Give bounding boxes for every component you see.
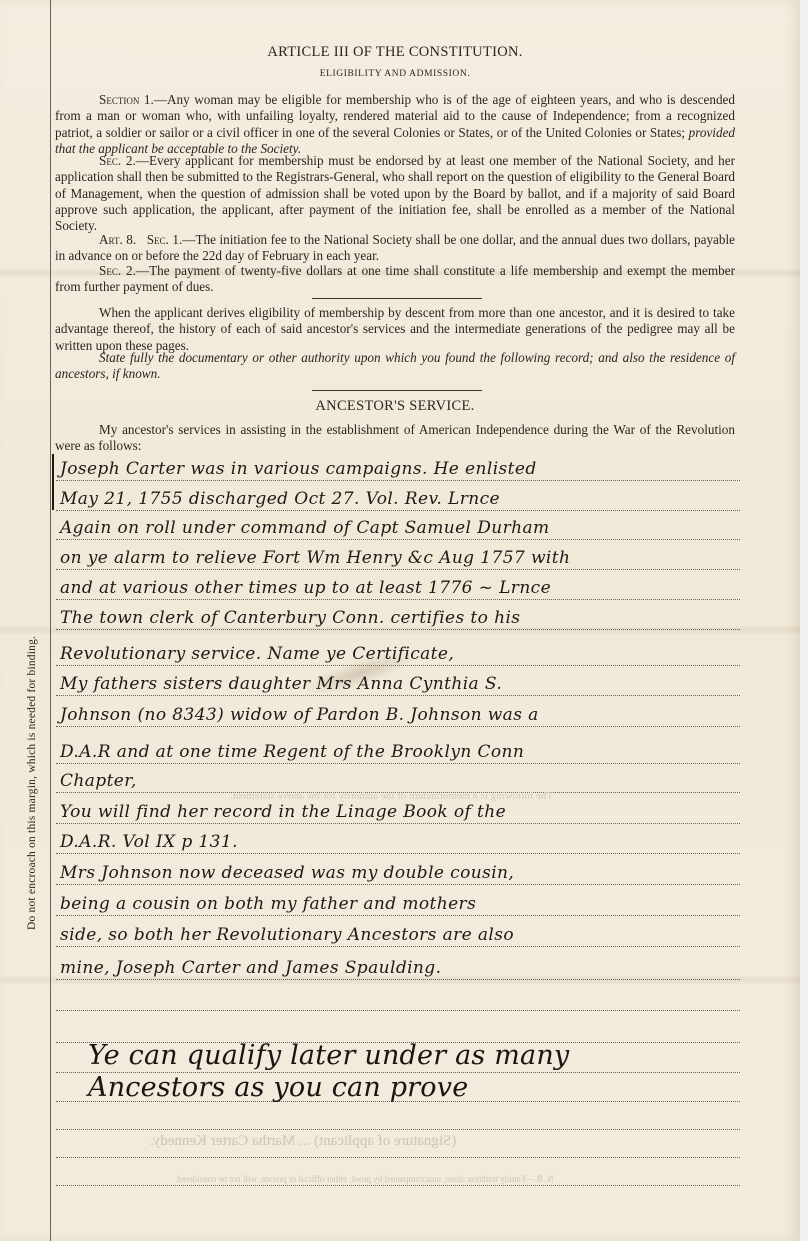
handwritten-line: Again on roll under command of Capt Samu… bbox=[60, 518, 780, 538]
ruled-line bbox=[56, 480, 740, 481]
descent-note-text: When the applicant derives eligibility o… bbox=[55, 305, 735, 353]
handwritten-line: May 21, 1755 discharged Oct 27. Vol. Rev… bbox=[60, 489, 780, 509]
section-2-paragraph: Sec. 2.—Every applicant for membership m… bbox=[55, 153, 735, 234]
handwritten-line: being a cousin on both my father and mot… bbox=[60, 894, 780, 914]
ruled-line bbox=[56, 1129, 740, 1130]
handwritten-line: My fathers sisters daughter Mrs Anna Cyn… bbox=[60, 674, 780, 694]
article-8-section-1-label: Sec. 1. bbox=[147, 232, 183, 247]
binding-margin-note: Do not encroach on this margin, which is… bbox=[26, 636, 38, 930]
ruled-line bbox=[56, 1185, 740, 1186]
article-8-section-1-paragraph: Art. 8. Sec. 1.—The initiation fee to th… bbox=[55, 232, 735, 265]
handwritten-line: The town clerk of Canterbury Conn. certi… bbox=[60, 608, 780, 628]
binding-margin-rule bbox=[50, 0, 51, 1241]
handwritten-line: mine, Joseph Carter and James Spaulding. bbox=[60, 958, 780, 978]
authority-note-text: State fully the documentary or other aut… bbox=[55, 350, 735, 381]
article-8-section-2-label: Sec. 2. bbox=[99, 263, 136, 278]
ruled-line bbox=[56, 1157, 740, 1158]
handwritten-line: and at various other times up to at leas… bbox=[60, 578, 780, 598]
bleedthrough-memo: The following is a memorandum of the aut… bbox=[230, 790, 553, 802]
ruled-line bbox=[56, 853, 740, 854]
section-1-text: —Any woman may be eligible for membershi… bbox=[55, 92, 735, 140]
ruled-line bbox=[56, 665, 740, 666]
article-8-label: Art. 8. bbox=[99, 232, 136, 247]
ruled-line bbox=[56, 915, 740, 916]
ruled-line bbox=[56, 763, 740, 764]
ruled-line bbox=[56, 823, 740, 824]
page-subtitle: ELIGIBILITY AND ADMISSION. bbox=[55, 69, 735, 79]
handwritten-line: D.A.R and at one time Regent of the Broo… bbox=[60, 742, 780, 762]
handwritten-line: You will find her record in the Linage B… bbox=[60, 802, 780, 822]
document-page: Do not encroach on this margin, which is… bbox=[0, 0, 800, 1241]
page-title: ARTICLE III OF THE CONSTITUTION. bbox=[55, 44, 735, 61]
section-2-label: Sec. 2. bbox=[99, 153, 136, 168]
handwritten-note-line: Ancestors as you can prove bbox=[88, 1072, 808, 1103]
ruled-line bbox=[56, 979, 740, 980]
handwritten-note-line: Ye can qualify later under as many bbox=[88, 1040, 808, 1071]
ruled-line bbox=[56, 726, 740, 727]
ruled-line bbox=[56, 695, 740, 696]
descent-note-paragraph: When the applicant derives eligibility o… bbox=[55, 305, 735, 354]
handwritten-line: Mrs Johnson now deceased was my double c… bbox=[60, 863, 780, 883]
divider bbox=[312, 390, 482, 391]
handwritten-line: Joseph Carter was in various campaigns. … bbox=[60, 459, 780, 479]
section-2-text: —Every applicant for membership must be … bbox=[55, 153, 735, 233]
ruled-line bbox=[56, 569, 740, 570]
divider bbox=[312, 298, 482, 299]
handwritten-line: on ye alarm to relieve Fort Wm Henry &c … bbox=[60, 548, 780, 568]
handwritten-line: Revolutionary service. Name ye Certifica… bbox=[60, 644, 780, 664]
article-8-section-2-text: —The payment of twenty-five dollars at o… bbox=[55, 263, 735, 294]
ruled-line bbox=[56, 599, 740, 600]
scan-background-edge bbox=[800, 0, 808, 1241]
ruled-line bbox=[56, 539, 740, 540]
ruled-line bbox=[56, 946, 740, 947]
ruled-line bbox=[56, 629, 740, 630]
bleedthrough-footnote: N. B.—Family tradition alone, unaccompan… bbox=[175, 1174, 554, 1184]
handwritten-line: D.A.R. Vol IX p 131. bbox=[60, 832, 780, 852]
ruled-line bbox=[56, 510, 740, 511]
section-1-label: Section 1. bbox=[99, 92, 154, 107]
ruled-line bbox=[56, 884, 740, 885]
handwritten-line: Johnson (no 8343) widow of Pardon B. Joh… bbox=[60, 705, 780, 725]
authority-note-paragraph: State fully the documentary or other aut… bbox=[55, 350, 735, 383]
service-intro-paragraph: My ancestor's services in assisting in t… bbox=[55, 422, 735, 455]
section-1-paragraph: Section 1.—Any woman may be eligible for… bbox=[55, 92, 735, 157]
handwritten-line: side, so both her Revolutionary Ancestor… bbox=[60, 925, 780, 945]
handwritten-line: Chapter, bbox=[60, 771, 780, 791]
service-intro-text: My ancestor's services in assisting in t… bbox=[55, 422, 735, 453]
bleedthrough-signature: (Signature of applicant) ... Martha Cart… bbox=[150, 1133, 456, 1150]
article-8-section-2-paragraph: Sec. 2.—The payment of twenty-five dolla… bbox=[55, 263, 735, 296]
ruled-line bbox=[56, 1010, 740, 1011]
ancestor-service-heading: ANCESTOR'S SERVICE. bbox=[55, 398, 735, 415]
